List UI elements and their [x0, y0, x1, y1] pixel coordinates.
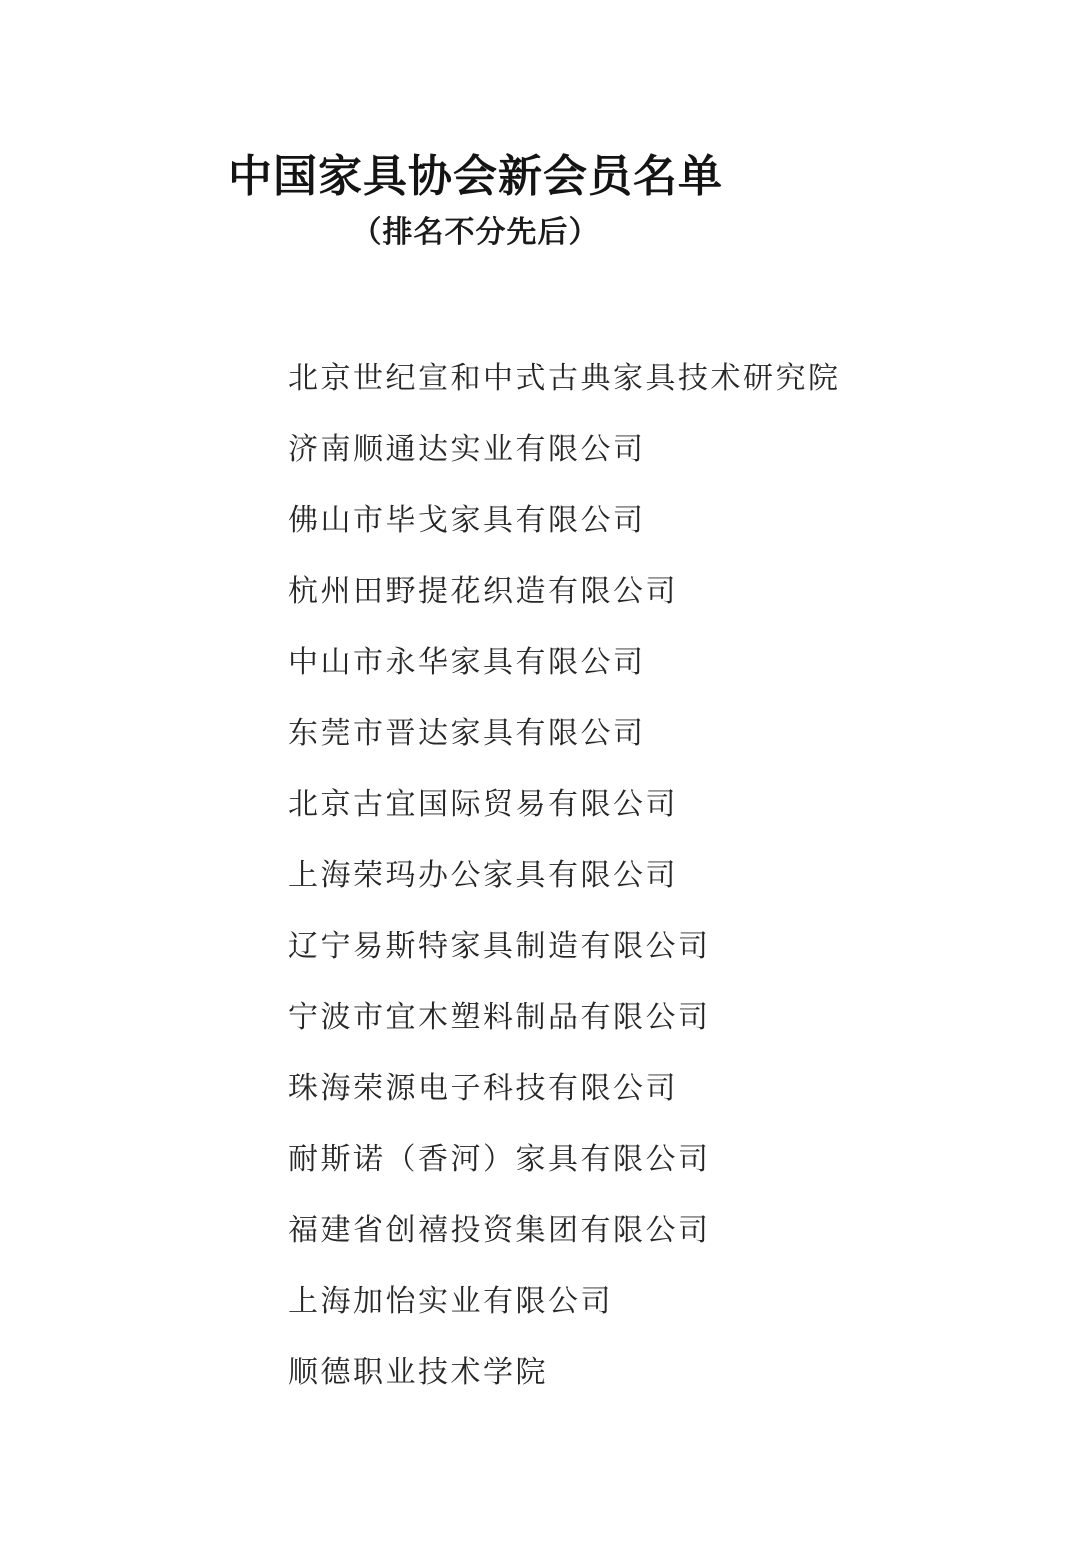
- member-list: 北京世纪宣和中式古典家具技术研究院济南顺通达实业有限公司佛山市毕戈家具有限公司杭…: [288, 343, 1080, 1408]
- document-subtitle: （排名不分先后）: [148, 213, 803, 253]
- member-list-item: 北京古宜国际贸易有限公司: [288, 769, 1080, 840]
- member-list-item: 杭州田野提花织造有限公司: [288, 556, 1080, 627]
- member-list-item: 顺德职业技术学院: [288, 1337, 1080, 1408]
- member-list-item: 中山市永华家具有限公司: [288, 627, 1080, 698]
- member-list-item: 宁波市宜木塑料制品有限公司: [288, 982, 1080, 1053]
- member-list-item: 济南顺通达实业有限公司: [288, 414, 1080, 485]
- heading-block: 中国家具协会新会员名单 （排名不分先后）: [148, 0, 803, 253]
- member-list-item: 辽宁易斯特家具制造有限公司: [288, 911, 1080, 982]
- member-list-item: 佛山市毕戈家具有限公司: [288, 485, 1080, 556]
- member-list-item: 珠海荣源电子科技有限公司: [288, 1053, 1080, 1124]
- document-page: 中国家具协会新会员名单 （排名不分先后） 北京世纪宣和中式古典家具技术研究院济南…: [0, 0, 1080, 1567]
- member-list-item: 北京世纪宣和中式古典家具技术研究院: [288, 343, 1080, 414]
- member-list-item: 福建省创禧投资集团有限公司: [288, 1195, 1080, 1266]
- member-list-item: 上海荣玛办公家具有限公司: [288, 840, 1080, 911]
- member-list-item: 上海加怡实业有限公司: [288, 1266, 1080, 1337]
- document-title: 中国家具协会新会员名单: [148, 0, 803, 205]
- member-list-item: 东莞市晋达家具有限公司: [288, 698, 1080, 769]
- member-list-item: 耐斯诺（香河）家具有限公司: [288, 1124, 1080, 1195]
